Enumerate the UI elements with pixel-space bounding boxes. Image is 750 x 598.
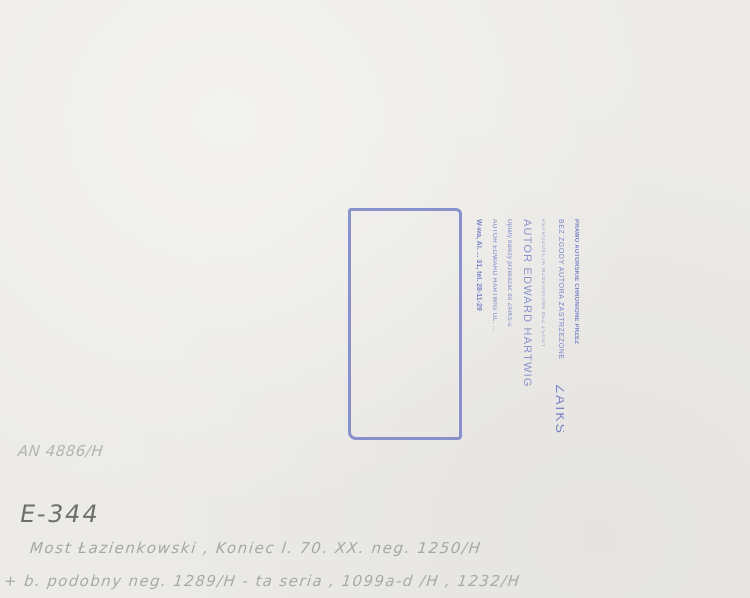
stamp-line-text: Opłaty należy przekazać do ZAiKS-u bbox=[506, 219, 512, 327]
stamp-author-line: AUTOR EDWARD HARTWIG bbox=[521, 219, 532, 435]
stamp-line-text: AUTOR EDWARD HARTWIG ul. ... bbox=[491, 219, 497, 332]
stamp-line-text: BEZ ZGODY AUTORA ZASTRZEŻONE bbox=[557, 219, 564, 360]
stamp-line-text: REPRODUKCJA WZBRONIONA BEZ ZGODY bbox=[541, 219, 546, 348]
stamp-address-line: W-wa, Al. ... 31, tel. 28-11-29 bbox=[475, 219, 482, 435]
description-note-line-1: Most Łazienkowski , Koniec l. 70. XX. ne… bbox=[29, 539, 483, 557]
stamp-line: PRAWO AUTORSKIE CHRONIONE PRZEZ bbox=[573, 219, 579, 435]
description-note-line-2: + b. podobny neg. 1289/H - ta seria , 10… bbox=[3, 572, 521, 590]
stamp-line: Opłaty należy przekazać do ZAiKS-u bbox=[506, 219, 512, 435]
stamp-author: AUTOR EDWARD HARTWIG bbox=[521, 219, 532, 388]
copyright-stamp: PRAWO AUTORSKIE CHRONIONE PRZEZ BEZ ZGOD… bbox=[348, 208, 462, 440]
stamp-agency: ZAIKS bbox=[554, 385, 564, 435]
stamp-line: REPRODUKCJA WZBRONIONA BEZ ZGODY bbox=[541, 219, 546, 435]
catalog-code-note: E-344 bbox=[18, 500, 103, 528]
stamp-text-block: PRAWO AUTORSKIE CHRONIONE PRZEZ BEZ ZGOD… bbox=[471, 211, 585, 443]
stamp-line: BEZ ZGODY AUTORA ZASTRZEŻONE ZAIKS bbox=[554, 219, 564, 435]
stamp-line-text: PRAWO AUTORSKIE CHRONIONE PRZEZ bbox=[573, 219, 579, 344]
inventory-number-note: AN 4886/H bbox=[17, 442, 104, 460]
stamp-line: AUTOR EDWARD HARTWIG ul. ... bbox=[491, 219, 498, 435]
stamp-address: W-wa, Al. ... 31, tel. 28-11-29 bbox=[475, 219, 482, 311]
